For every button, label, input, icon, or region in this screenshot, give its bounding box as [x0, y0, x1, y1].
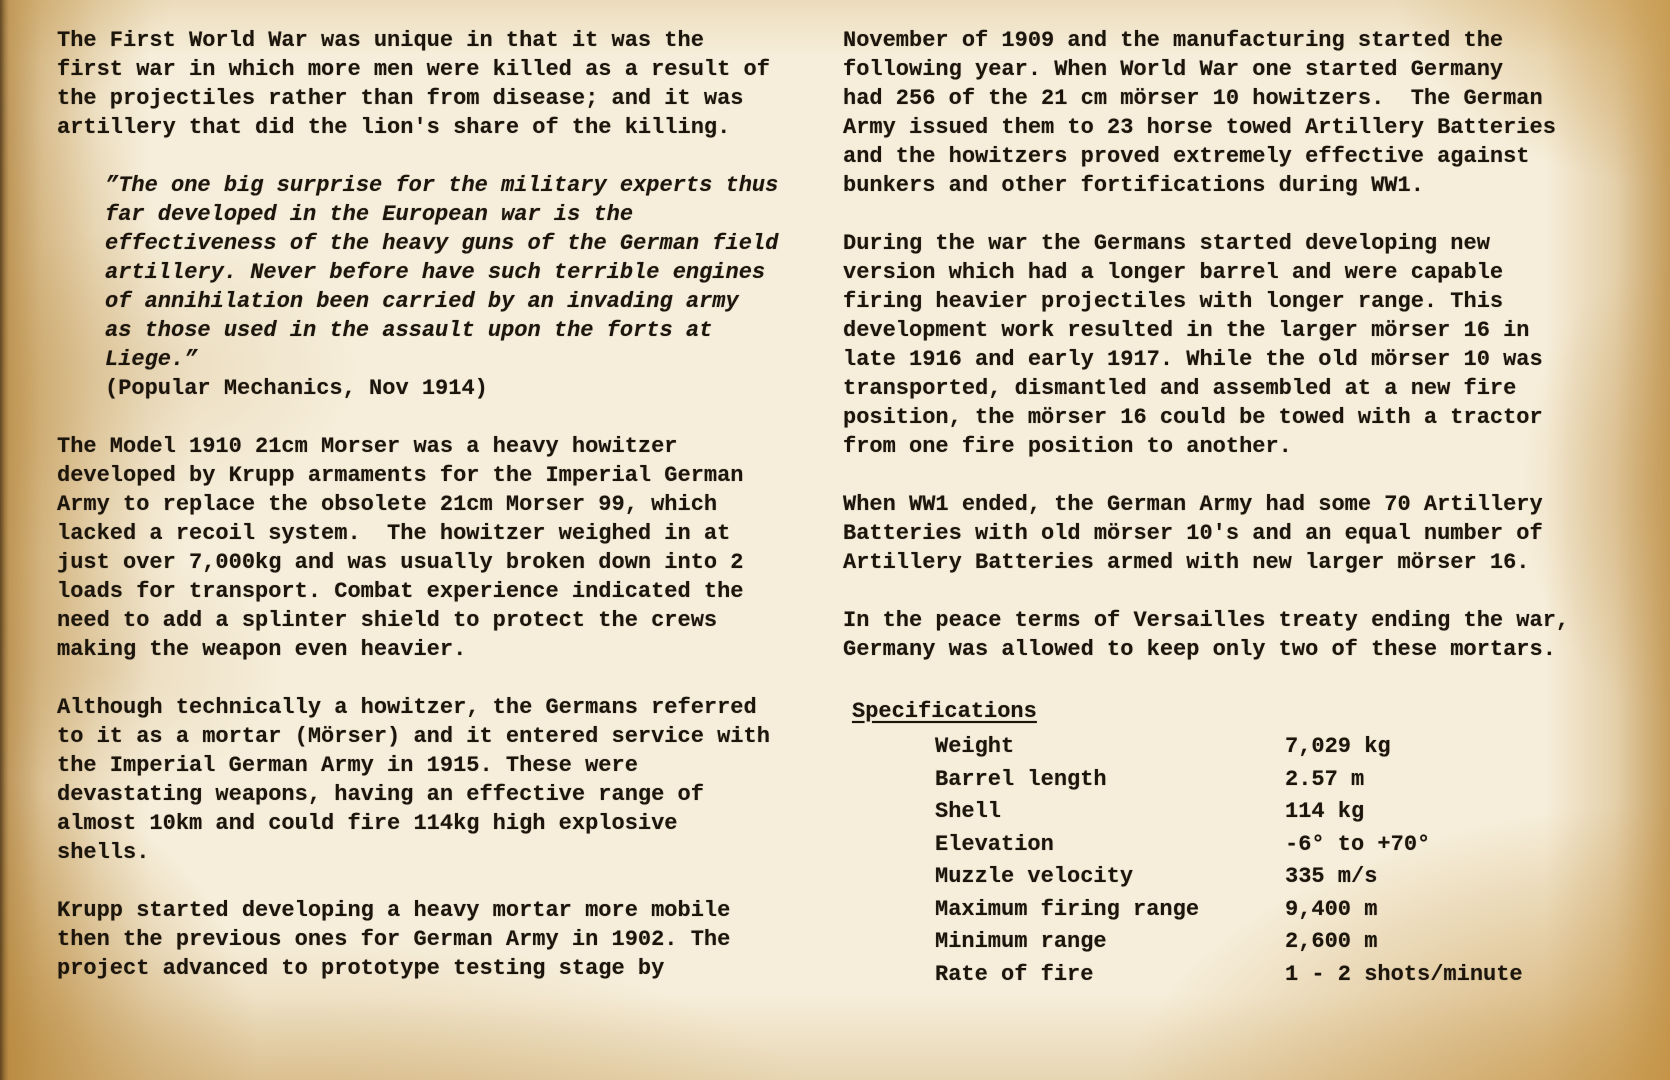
pullquote: ”The one big surprise for the military e… — [105, 171, 819, 374]
paragraph-model-1910: The Model 1910 21cm Morser was a heavy h… — [57, 432, 819, 664]
paragraph-ww1-end: When WW1 ended, the German Army had some… — [843, 490, 1643, 577]
spec-row-elevation: Elevation -6° to +70° — [843, 830, 1643, 863]
spec-row-minimum-range: Minimum range 2,600 m — [843, 927, 1643, 960]
spec-value: 7,029 kg — [1285, 732, 1643, 762]
spec-row-rate-of-fire: Rate of fire 1 - 2 shots/minute — [843, 960, 1643, 993]
paragraph-mortar-service: Although technically a howitzer, the Ger… — [57, 693, 819, 867]
paragraph-versailles: In the peace terms of Versailles treaty … — [843, 606, 1643, 664]
spec-label: Barrel length — [935, 765, 1285, 795]
quote-attribution: (Popular Mechanics, Nov 1914) — [105, 374, 819, 403]
spec-value: -6° to +70° — [1285, 830, 1643, 860]
spec-label: Maximum firing range — [935, 895, 1285, 925]
paragraph-new-version: During the war the Germans started devel… — [843, 229, 1643, 461]
spec-row-shell: Shell 114 kg — [843, 797, 1643, 830]
spec-row-muzzle-velocity: Muzzle velocity 335 m/s — [843, 862, 1643, 895]
spec-label: Rate of fire — [935, 960, 1285, 990]
paragraph-krupp-development: Krupp started developing a heavy mortar … — [57, 896, 819, 983]
spec-label: Shell — [935, 797, 1285, 827]
left-column: The First World War was unique in that i… — [57, 26, 819, 1012]
paragraph-intro: The First World War was unique in that i… — [57, 26, 819, 142]
spec-row-weight: Weight 7,029 kg — [843, 732, 1643, 765]
parchment-page: The First World War was unique in that i… — [0, 0, 1670, 1080]
spec-value: 1 - 2 shots/minute — [1285, 960, 1643, 990]
specifications-table: Weight 7,029 kg Barrel length 2.57 m She… — [843, 732, 1643, 992]
spec-label: Minimum range — [935, 927, 1285, 957]
spec-label: Muzzle velocity — [935, 862, 1285, 892]
spec-value: 335 m/s — [1285, 862, 1643, 892]
spec-row-barrel-length: Barrel length 2.57 m — [843, 765, 1643, 798]
paragraph-production: November of 1909 and the manufacturing s… — [843, 26, 1643, 200]
spec-value: 114 kg — [1285, 797, 1643, 827]
specifications-title: Specifications — [852, 698, 1037, 726]
spec-value: 9,400 m — [1285, 895, 1643, 925]
spec-row-max-firing-range: Maximum firing range 9,400 m — [843, 895, 1643, 928]
spec-label: Elevation — [935, 830, 1285, 860]
right-column: November of 1909 and the manufacturing s… — [843, 26, 1643, 992]
spec-label: Weight — [935, 732, 1285, 762]
spec-value: 2.57 m — [1285, 765, 1643, 795]
spec-value: 2,600 m — [1285, 927, 1643, 957]
specifications-section: Specifications Weight 7,029 kg Barrel le… — [843, 693, 1643, 992]
